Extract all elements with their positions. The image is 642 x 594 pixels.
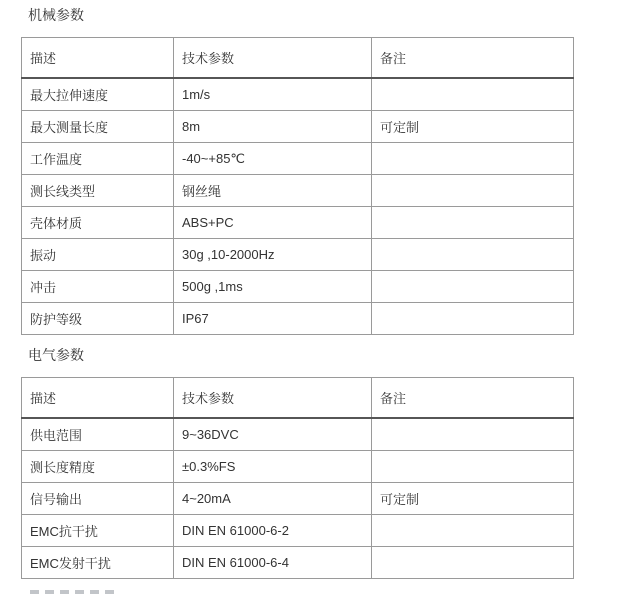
table-row: 振动 30g ,10-2000Hz [22,239,574,271]
header-tech-param: 技术参数 [174,378,372,419]
table-header-row: 描述 技术参数 备注 [22,38,574,79]
cell-remark [372,78,574,111]
cell-description: 最大拉伸速度 [22,78,174,111]
cell-description: 工作温度 [22,143,174,175]
cell-tech-param: IP67 [174,303,372,335]
cell-description: 壳体材质 [22,207,174,239]
cell-remark [372,303,574,335]
cell-tech-param: ±0.3%FS [174,451,372,483]
section-heading-mechanical: 机械参数 [28,7,84,23]
table-row: 供电范围 9~36DVC [22,418,574,451]
cell-tech-param: 钢丝绳 [174,175,372,207]
cell-description: EMC发射干扰 [22,547,174,579]
cell-remark: 可定制 [372,111,574,143]
header-tech-param: 技术参数 [174,38,372,79]
table-row: 工作温度 -40~+85℃ [22,143,574,175]
table-row: EMC抗干扰 DIN EN 61000-6-2 [22,515,574,547]
table-row: 壳体材质 ABS+PC [22,207,574,239]
cell-remark [372,515,574,547]
cell-remark [372,271,574,303]
header-description: 描述 [22,38,174,79]
header-remark: 备注 [372,38,574,79]
header-description: 描述 [22,378,174,419]
cell-description: 防护等级 [22,303,174,335]
cell-remark: 可定制 [372,483,574,515]
cell-tech-param: 500g ,1ms [174,271,372,303]
cell-remark [372,175,574,207]
table-row: 测长度精度 ±0.3%FS [22,451,574,483]
cell-description: 信号输出 [22,483,174,515]
cell-remark [372,451,574,483]
cell-tech-param: 1m/s [174,78,372,111]
cell-description: 测长度精度 [22,451,174,483]
cell-description: 振动 [22,239,174,271]
spec-document: 机械参数 描述 技术参数 备注 最大拉伸速度 1m/s 最大测量长度 8m 可定… [0,0,642,594]
cell-remark [372,207,574,239]
clipped-bottom-text [30,590,118,594]
cell-tech-param: -40~+85℃ [174,143,372,175]
cell-tech-param: 8m [174,111,372,143]
table-row: 最大拉伸速度 1m/s [22,78,574,111]
cell-tech-param: 4~20mA [174,483,372,515]
cell-remark [372,418,574,451]
cell-remark [372,239,574,271]
table-header-row: 描述 技术参数 备注 [22,378,574,419]
electrical-params-table: 描述 技术参数 备注 供电范围 9~36DVC 测长度精度 ±0.3%FS 信号… [21,377,574,579]
cell-description: 最大测量长度 [22,111,174,143]
cell-tech-param: 9~36DVC [174,418,372,451]
table-row: 防护等级 IP67 [22,303,574,335]
cell-tech-param: 30g ,10-2000Hz [174,239,372,271]
mechanical-params-table: 描述 技术参数 备注 最大拉伸速度 1m/s 最大测量长度 8m 可定制 工作温… [21,37,574,335]
table-row: 测长线类型 钢丝绳 [22,175,574,207]
cell-description: 供电范围 [22,418,174,451]
table-row: EMC发射干扰 DIN EN 61000-6-4 [22,547,574,579]
table-row: 冲击 500g ,1ms [22,271,574,303]
cell-tech-param: ABS+PC [174,207,372,239]
cell-tech-param: DIN EN 61000-6-4 [174,547,372,579]
header-remark: 备注 [372,378,574,419]
section-heading-electrical: 电气参数 [28,347,84,363]
table-row: 信号输出 4~20mA 可定制 [22,483,574,515]
cell-description: 冲击 [22,271,174,303]
table-row: 最大测量长度 8m 可定制 [22,111,574,143]
cell-remark [372,547,574,579]
cell-description: 测长线类型 [22,175,174,207]
cell-description: EMC抗干扰 [22,515,174,547]
cell-tech-param: DIN EN 61000-6-2 [174,515,372,547]
cell-remark [372,143,574,175]
